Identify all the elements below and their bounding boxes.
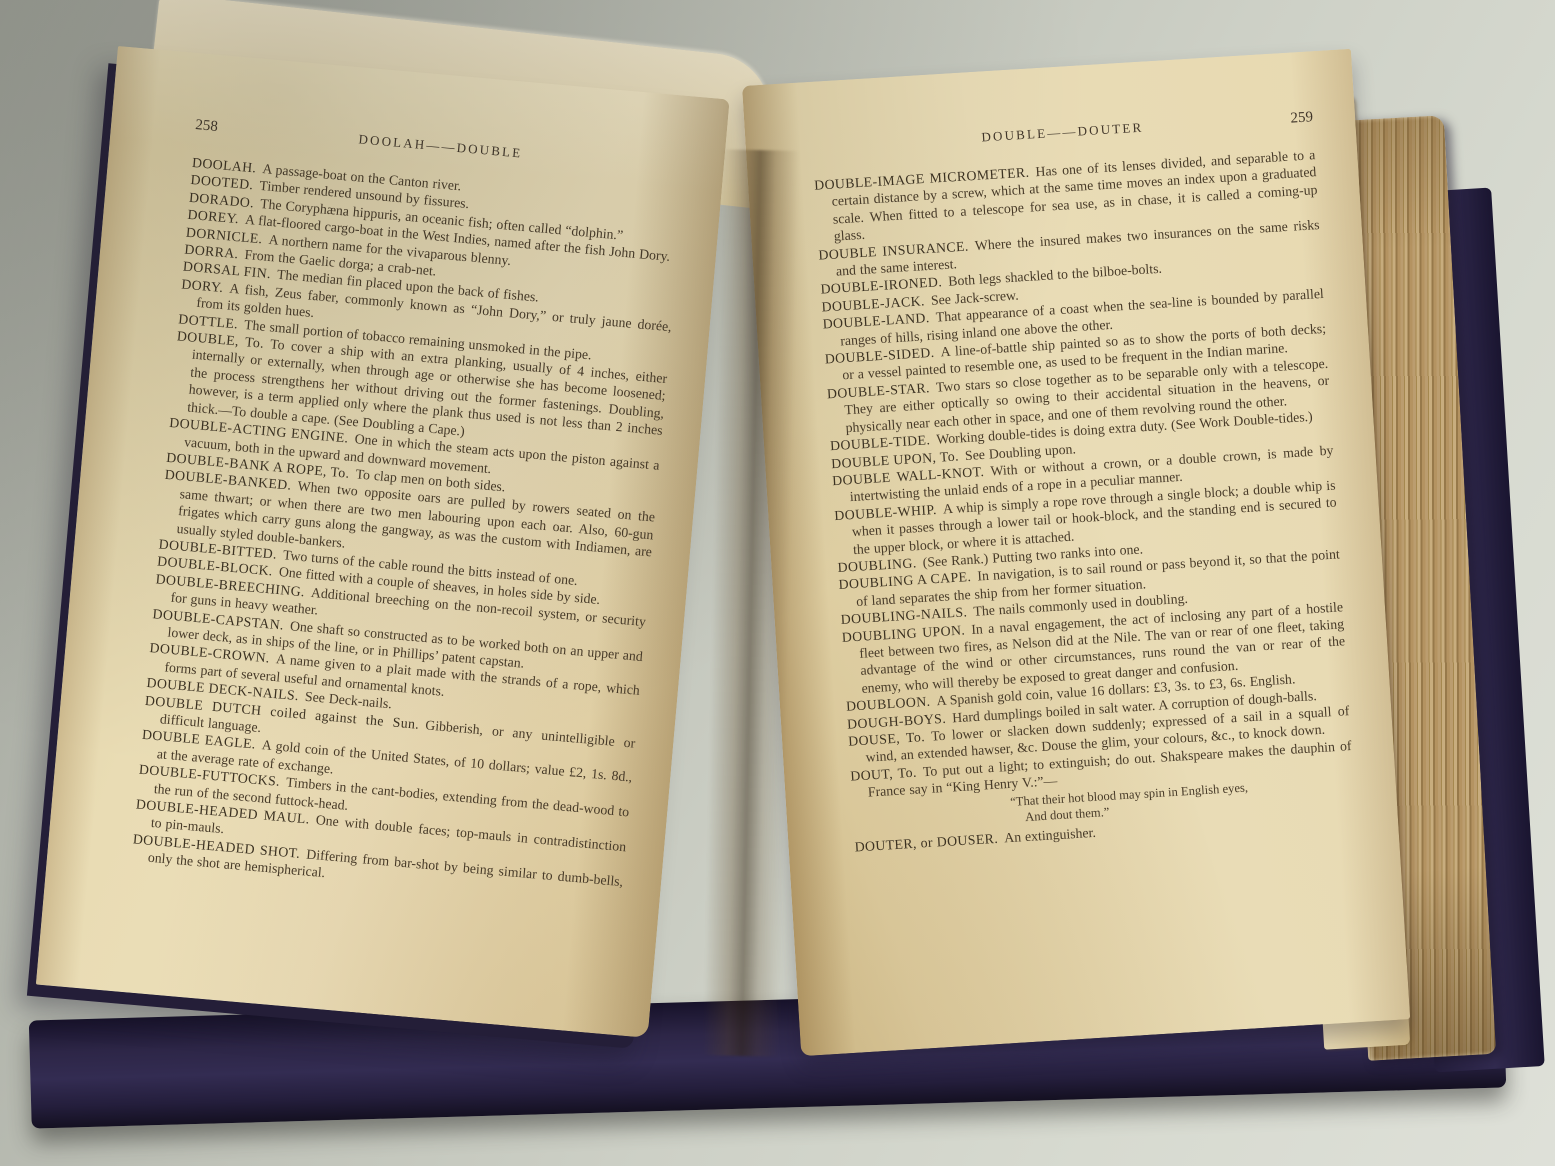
left-page-number: 258 bbox=[195, 117, 268, 140]
left-page-entries: DOOLAH.A passage-boat on the Canton rive… bbox=[131, 154, 683, 908]
entry-headword: DORY. bbox=[181, 276, 224, 295]
right-page-header: DOUBLE——DOUTER 259 bbox=[811, 109, 1313, 157]
right-running-head: DOUBLE——DOUTER bbox=[883, 114, 1241, 152]
entry-definition: An extinguisher. bbox=[1004, 824, 1096, 845]
right-page-entries: DOUBLE-IMAGE MICROMETER.Has one of its l… bbox=[814, 146, 1357, 855]
book-photo-scene: 258 DOOLAH——DOUBLE DOOLAH.A passage-boat… bbox=[0, 0, 1555, 1166]
right-page: DOUBLE——DOUTER 259 DOUBLE-IMAGE MICROMET… bbox=[742, 49, 1410, 1056]
entry-headword: DOUT, To. bbox=[850, 764, 917, 783]
entry-headword: DOUTER, or DOUSER. bbox=[854, 830, 998, 854]
left-page: 258 DOOLAH——DOUBLE DOOLAH.A passage-boat… bbox=[36, 46, 730, 1038]
right-page-number: 259 bbox=[1241, 109, 1314, 130]
left-running-head: DOOLAH——DOUBLE bbox=[266, 123, 614, 169]
